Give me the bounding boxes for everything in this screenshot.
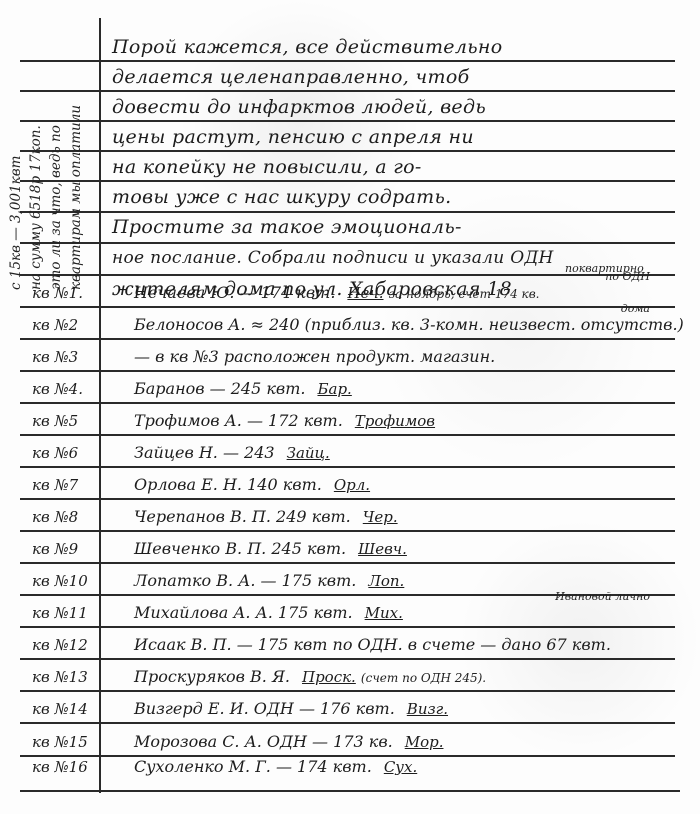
- ruled-line: [20, 790, 680, 792]
- resident-reading: Баранов — 245 квт.: [134, 379, 305, 398]
- apartment-number: кв №5: [32, 412, 78, 430]
- signature: Сух.: [384, 758, 417, 776]
- list-item: кв №4.Баранов — 245 квт.Бар.: [22, 372, 680, 402]
- body-line: на копейку не повысили, а го-: [112, 156, 422, 178]
- ruled-line: [20, 211, 675, 213]
- resident-reading: Проскуряков В. Я.: [134, 667, 290, 686]
- resident-reading: Лопатко В. А. — 175 квт.: [134, 571, 356, 590]
- ruled-line: [20, 242, 675, 244]
- resident-reading: Черепанов В. П. 249 квт.: [134, 507, 351, 526]
- apartment-number: кв №10: [32, 572, 88, 590]
- ruled-line: [20, 120, 675, 122]
- resident-reading: Орлова Е. Н. 140 квт.: [134, 475, 322, 494]
- resident-reading: Зайцев Н. — 243: [134, 443, 275, 462]
- ruled-line: [20, 150, 675, 152]
- resident-reading: Белоносов А. ≈ 240 (приблиз. кв. 3-комн.…: [134, 315, 684, 334]
- apartment-entry: Зайцев Н. — 243Зайц.: [134, 443, 330, 462]
- list-item: кв №8Черепанов В. П. 249 квт.Чер.: [22, 500, 680, 530]
- apartment-entry: Трофимов А. — 172 квт.Трофимов: [134, 411, 435, 430]
- superscript-note: по ОДН: [605, 270, 650, 283]
- resident-reading: Морозова С. А. ОДН — 173 кв.: [134, 732, 393, 751]
- ruled-line: [20, 60, 675, 62]
- signature: Мор.: [405, 733, 444, 751]
- superscript-note: дома: [621, 302, 650, 315]
- apartment-entry: Проскуряков В. Я.Проск. (счет по ОДН 245…: [134, 667, 486, 686]
- body-line: довести до инфарктов людей, ведь: [112, 96, 486, 118]
- list-item: кв №1.Нечаева Ю. — 174 квт.Неч. за ноябр…: [22, 276, 680, 306]
- list-item: кв №16Сухоленко М. Г. — 174 квт.Сух.: [22, 750, 680, 780]
- list-item: кв №3— в кв №3 расположен продукт. магаз…: [22, 340, 680, 370]
- apartment-entry: Нечаева Ю. — 174 квт.Неч. за ноябрь, сче…: [134, 283, 540, 302]
- superscript-note: Ивановой лично: [555, 590, 650, 603]
- signature: Визг.: [407, 700, 448, 718]
- annotation: (счет по ОДН 245).: [361, 671, 486, 685]
- ruled-line: [20, 180, 675, 182]
- list-item: кв №9Шевченко В. П. 245 квт.Шевч.: [22, 532, 680, 562]
- apartment-number: кв №7: [32, 476, 78, 494]
- apartment-number: кв №4.: [32, 380, 83, 398]
- apartment-entry: Черепанов В. П. 249 квт.Чер.: [134, 507, 398, 526]
- list-item: кв №12Исаак В. П. — 175 квт по ОДН. в сч…: [22, 628, 680, 658]
- handwritten-letter-scan: с 15кв — 3,001квт на сумму 6518р 17коп. …: [0, 0, 700, 814]
- margin-note: с 15кв — 3,001квт на сумму 6518р 17коп. …: [6, 20, 98, 290]
- signature: Чер.: [363, 508, 398, 526]
- signature: Неч.: [347, 284, 383, 302]
- list-item: кв №13Проскуряков В. Я.Проск. (счет по О…: [22, 660, 680, 690]
- apartment-entry: Шевченко В. П. 245 квт.Шевч.: [134, 539, 407, 558]
- apartment-number: кв №1.: [32, 284, 83, 302]
- resident-reading: Михайлова А. А. 175 квт.: [134, 603, 353, 622]
- resident-reading: Нечаева Ю. — 174 квт.: [134, 283, 335, 302]
- signature: Шевч.: [358, 540, 407, 558]
- apartment-entry: — в кв №3 расположен продукт. магазин.: [134, 347, 507, 366]
- body-line: делается целенаправленно, чтоб: [112, 66, 469, 88]
- apartment-entry: Михайлова А. А. 175 квт.Мих.: [134, 603, 403, 622]
- body-line: товы уже с нас шкуру содрать.: [112, 186, 451, 208]
- resident-reading: Сухоленко М. Г. — 174 квт.: [134, 757, 372, 776]
- apartment-number: кв №12: [32, 636, 88, 654]
- margin-note-line: с 15кв — 3,001квт: [6, 20, 26, 290]
- list-item: кв №7Орлова Е. Н. 140 квт.Орл.: [22, 468, 680, 498]
- apartment-entry: Белоносов А. ≈ 240 (приблиз. кв. 3-комн.…: [134, 315, 696, 334]
- signature: Проск.: [302, 668, 356, 686]
- ruled-line: [20, 90, 675, 92]
- signature: Трофимов: [355, 412, 435, 430]
- resident-reading: Исаак В. П. — 175 квт по ОДН. в счете — …: [134, 635, 611, 654]
- list-item: кв №14Визгерд Е. И. ОДН — 176 квт.Визг.: [22, 692, 680, 722]
- body-line: Простите за такое эмоциональ-: [112, 216, 462, 238]
- list-item: кв №2Белоносов А. ≈ 240 (приблиз. кв. 3-…: [22, 308, 680, 338]
- signature: Мих.: [365, 604, 403, 622]
- signature: Бар.: [317, 380, 351, 398]
- list-item: кв №5Трофимов А. — 172 квт.Трофимов: [22, 404, 680, 434]
- signature: Лоп.: [368, 572, 404, 590]
- apartment-number: кв №9: [32, 540, 78, 558]
- apartment-entry: Морозова С. А. ОДН — 173 кв.Мор.: [134, 732, 443, 751]
- annotation: за ноябрь, счет 174 кв.: [389, 287, 540, 301]
- apartment-number: кв №13: [32, 668, 88, 686]
- apartment-number: кв №14: [32, 700, 88, 718]
- apartment-number: кв №15: [32, 733, 88, 751]
- signature: Орл.: [334, 476, 370, 494]
- apartment-number: кв №3: [32, 348, 78, 366]
- ruled-line: [20, 722, 675, 724]
- apartment-entry: Сухоленко М. Г. — 174 квт.Сух.: [134, 757, 417, 776]
- apartment-number: кв №8: [32, 508, 78, 526]
- margin-note-line: это ли за что, ведь по: [46, 20, 66, 290]
- body-line: Порой кажется, все действительно: [112, 36, 502, 58]
- resident-reading: — в кв №3 расположен продукт. магазин.: [134, 347, 495, 366]
- apartment-number: кв №16: [32, 758, 88, 776]
- list-item: кв №11Михайлова А. А. 175 квт.Мих. Ивано…: [22, 596, 680, 626]
- body-line: ное послание. Собрали подписи и указали …: [112, 248, 554, 268]
- margin-note-line: квартирам мы оплатили: [66, 20, 86, 290]
- apartment-number: кв №11: [32, 604, 88, 622]
- apartment-entry: Орлова Е. Н. 140 квт.Орл.: [134, 475, 370, 494]
- signature: Зайц.: [287, 444, 330, 462]
- apartment-number: кв №2: [32, 316, 78, 334]
- apartment-entry: Лопатко В. А. — 175 квт.Лоп.: [134, 571, 404, 590]
- apartment-entry: Визгерд Е. И. ОДН — 176 квт.Визг.: [134, 699, 448, 718]
- resident-reading: Трофимов А. — 172 квт.: [134, 411, 343, 430]
- resident-reading: Шевченко В. П. 245 квт.: [134, 539, 346, 558]
- body-line: цены растут, пенсию с апреля ни: [112, 126, 474, 148]
- apartment-number: кв №6: [32, 444, 78, 462]
- margin-note-line: на сумму 6518р 17коп.: [26, 20, 46, 290]
- apartment-entry: Исаак В. П. — 175 квт по ОДН. в счете — …: [134, 635, 623, 654]
- resident-reading: Визгерд Е. И. ОДН — 176 квт.: [134, 699, 395, 718]
- apartment-entry: Баранов — 245 квт.Бар.: [134, 379, 352, 398]
- list-item: кв №6Зайцев Н. — 243Зайц.: [22, 436, 680, 466]
